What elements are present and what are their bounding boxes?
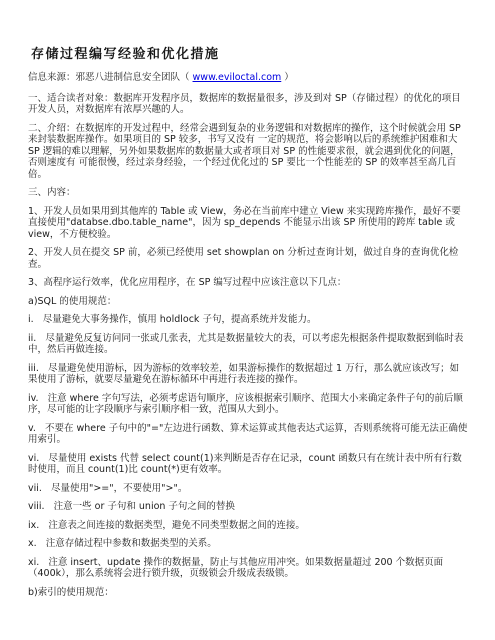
list-item: v. 不要在 where 子句中的"="左边进行函数、算术运算或其他表达式运算，… [28,423,468,446]
document-page: 存储过程编写经验和优化措施 信息来源：邪恶八进制信息安全团队（ www.evil… [0,0,495,640]
list-item: vii. 尽量使用">="，不要使用">"。 [28,483,468,495]
source-link[interactable]: www.eviloctal.com [193,72,282,83]
list-item: vi. 尽量使用 exists 代替 select count(1)来判断是否存… [28,453,468,476]
source-line: 信息来源：邪恶八进制信息安全团队（ www.eviloctal.com ） [28,72,468,84]
paragraph: 2、开发人员在提交 SP 前，必须已经使用 set showplan on 分析… [28,247,468,270]
list-item: viii. 注意一些 or 子句和 union 子句之间的替换 [28,501,468,513]
list-item: iv. 注意 where 字句写法，必须考虑语句顺序，应该根据索引顺序、范围大小… [28,393,468,416]
document-title: 存储过程编写经验和优化措施 [31,47,468,62]
list-item: iii. 尽量避免使用游标，因为游标的效率较差，如果游标操作的数据超过 1 万行… [28,363,468,386]
source-suffix: ） [281,72,294,83]
subsection-heading: a)SQL 的使用规范： [28,296,468,308]
list-item: xi. 注意 insert、update 操作的数据量，防止与其他应用冲突。如果… [28,557,468,580]
list-item: ii. 尽量避免反复访问同一张或几张表，尤其是数据量较大的表，可以考虑先根据条件… [28,333,468,356]
list-item: x. 注意存储过程中参数和数据类型的关系。 [28,538,468,550]
section-heading: 三、内容： [28,187,468,199]
paragraph: 1、开发人员如果用到其他库的 Table 或 View，务必在当前库中建立 Vi… [28,206,468,241]
list-item: i. 尽量避免大事务操作，慎用 holdlock 子句，提高系统并发能力。 [28,314,468,326]
list-item: ix. 注意表之间连接的数据类型，避免不同类型数据之间的连接。 [28,520,468,532]
paragraph: 一、适合读者对象：数据库开发程序员，数据库的数据量很多，涉及到对 SP（存储过程… [28,93,468,116]
subsection-heading: b)索引的使用规范： [28,587,468,599]
paragraph: 3、高程序运行效率，优化应用程序，在 SP 编写过程中应该注意以下几点： [28,277,468,289]
source-prefix: 信息来源：邪恶八进制信息安全团队（ [28,72,193,83]
paragraph: 二、介绍：在数据库的开发过程中，经常会遇到复杂的业务逻辑和对数据库的操作，这个时… [28,123,468,181]
